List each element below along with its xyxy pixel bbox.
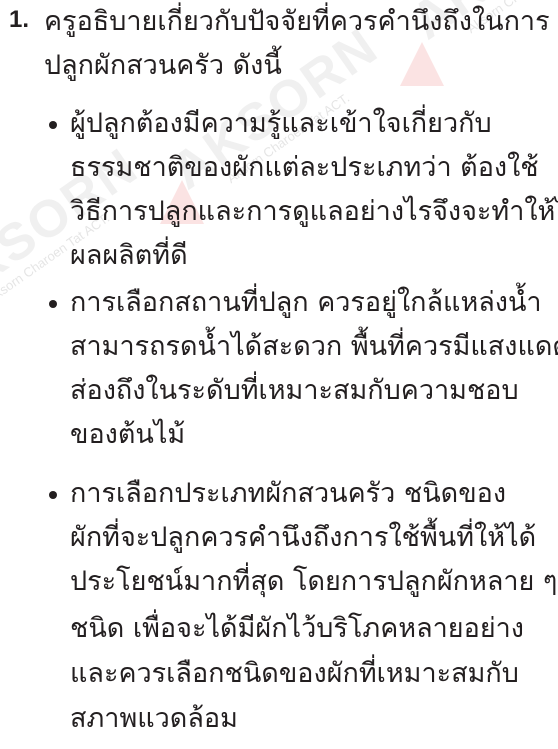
bullet-line: ส่องถึงในระดับที่เหมาะสมกับความชอบ [70, 371, 519, 411]
intro-line: ปลูกผักสวนครัว ดังนี้ [44, 46, 282, 86]
bullet-icon [49, 121, 57, 129]
bullet-icon [49, 491, 57, 499]
bullet-line: ชนิด เพื่อจะได้มีผักไว้บริโภคหลายอย่าง [70, 609, 524, 649]
bullet-line: ประโยชน์มากที่สุด โดยการปลูกผักหลาย ๆ [70, 562, 557, 602]
watermark-logo-icon [400, 42, 444, 86]
bullet-line: ธรรมชาติของผักแต่ละประเภทว่า ต้องใช้ [70, 148, 539, 188]
intro-line: ครูอธิบายเกี่ยวกับปัจจัยที่ควรคำนึงถึงใน… [44, 2, 550, 42]
bullet-line: ผลผลิตที่ดี [70, 236, 188, 276]
bullet-line: วิธีการปลูกและการดูแลอย่างไรจึงจะทำให้ได… [70, 192, 558, 232]
bullet-line: สามารถรดน้ำได้สะดวก พื้นที่ควรมีแสงแดด [70, 327, 558, 367]
bullet-line: การเลือกสถานที่ปลูก ควรอยู่ใกล้แหล่งน้ำ [70, 283, 542, 323]
bullet-line: สภาพแวดล้อม [70, 699, 238, 739]
bullet-line: ผู้ปลูกต้องมีความรู้และเข้าใจเกี่ยวกับ [70, 104, 492, 144]
bullet-icon [49, 300, 57, 308]
item-number: 1. [9, 6, 29, 34]
bullet-line: และควรเลือกชนิดของผักที่เหมาะสมกับ [70, 654, 519, 694]
bullet-line: ของต้นไม้ [70, 415, 185, 455]
bullet-line: ผักที่จะปลูกควรคำนึงถึงการใช้พื้นที่ให้ไ… [70, 518, 536, 558]
bullet-line: การเลือกประเภทผักสวนครัว ชนิดของ [70, 474, 506, 514]
